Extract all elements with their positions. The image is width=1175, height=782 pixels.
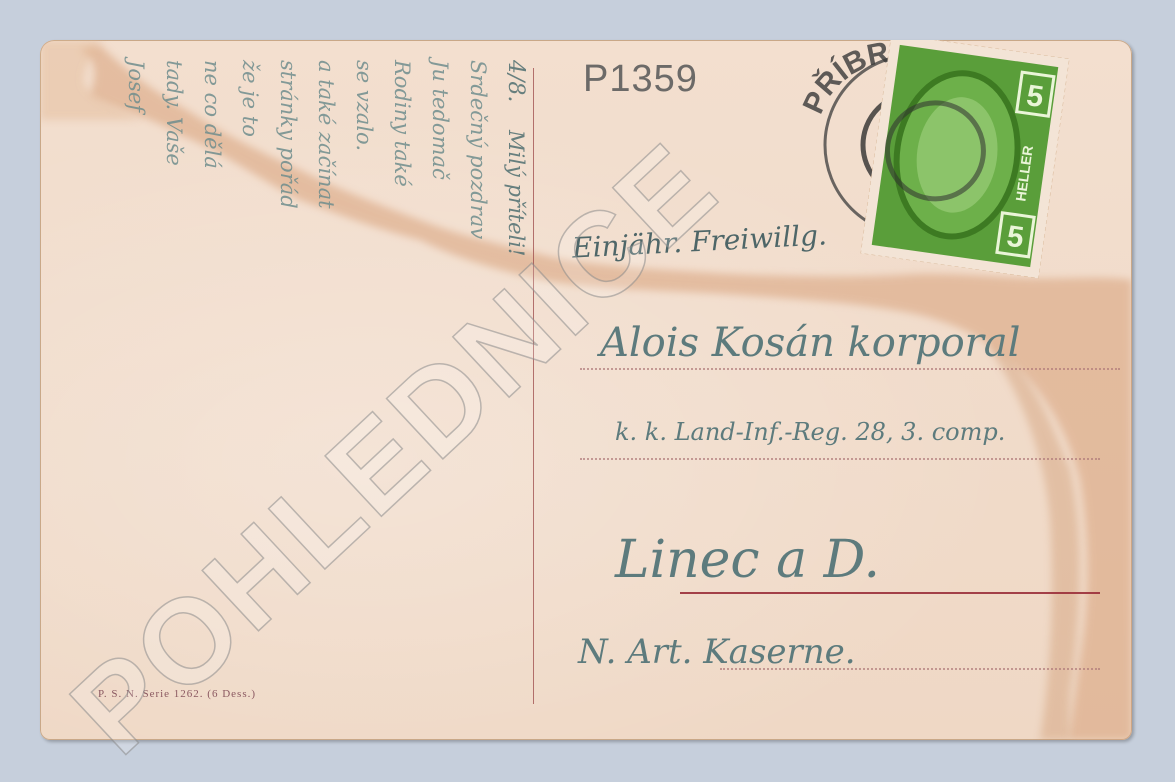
address-rule (580, 368, 1120, 370)
message-line: Rodiny také (390, 60, 414, 187)
handwritten-message: 4/8. Milý příteli! Srdečný pozdrav Ju te… (50, 60, 520, 710)
address-line-4: Linec a D. (615, 530, 880, 590)
divider-line (533, 68, 534, 704)
inventory-number: P1359 (583, 58, 698, 101)
message-line: že je to (238, 60, 262, 137)
address-rule (720, 668, 1100, 670)
address-line-5: N. Art. Kaserne. (578, 632, 856, 672)
message-line: Josef (124, 60, 148, 112)
message-date: 4/8. (503, 60, 528, 102)
address-line-2: Alois Kosán korporal (600, 320, 1020, 366)
message-line: Milý příteli! (504, 130, 528, 256)
publisher-imprint: P. S. N. Serie 1262. (6 Dess.) (98, 688, 256, 700)
address-line-1: Einjähr. Freiwillg. (571, 218, 827, 264)
postage-stamp: 5 5 HELLER (860, 40, 1069, 278)
message-line: se vzalo. (352, 60, 376, 151)
address-underline (680, 592, 1100, 594)
message-line: ne co dělá (200, 60, 224, 169)
message-line: stránky pořád (276, 60, 300, 209)
message-line: a také začínat (314, 60, 338, 209)
message-line: Srdečný pozdrav (466, 60, 490, 239)
address-line-3: k. k. Land-Inf.-Reg. 28, 3. comp. (615, 418, 1005, 446)
postcard-back: 4/8. Milý příteli! Srdečný pozdrav Ju te… (40, 40, 1132, 740)
message-line: tady. Vaše (162, 60, 186, 166)
address-rule (580, 458, 1100, 460)
message-line: Ju tedomač (428, 60, 452, 180)
